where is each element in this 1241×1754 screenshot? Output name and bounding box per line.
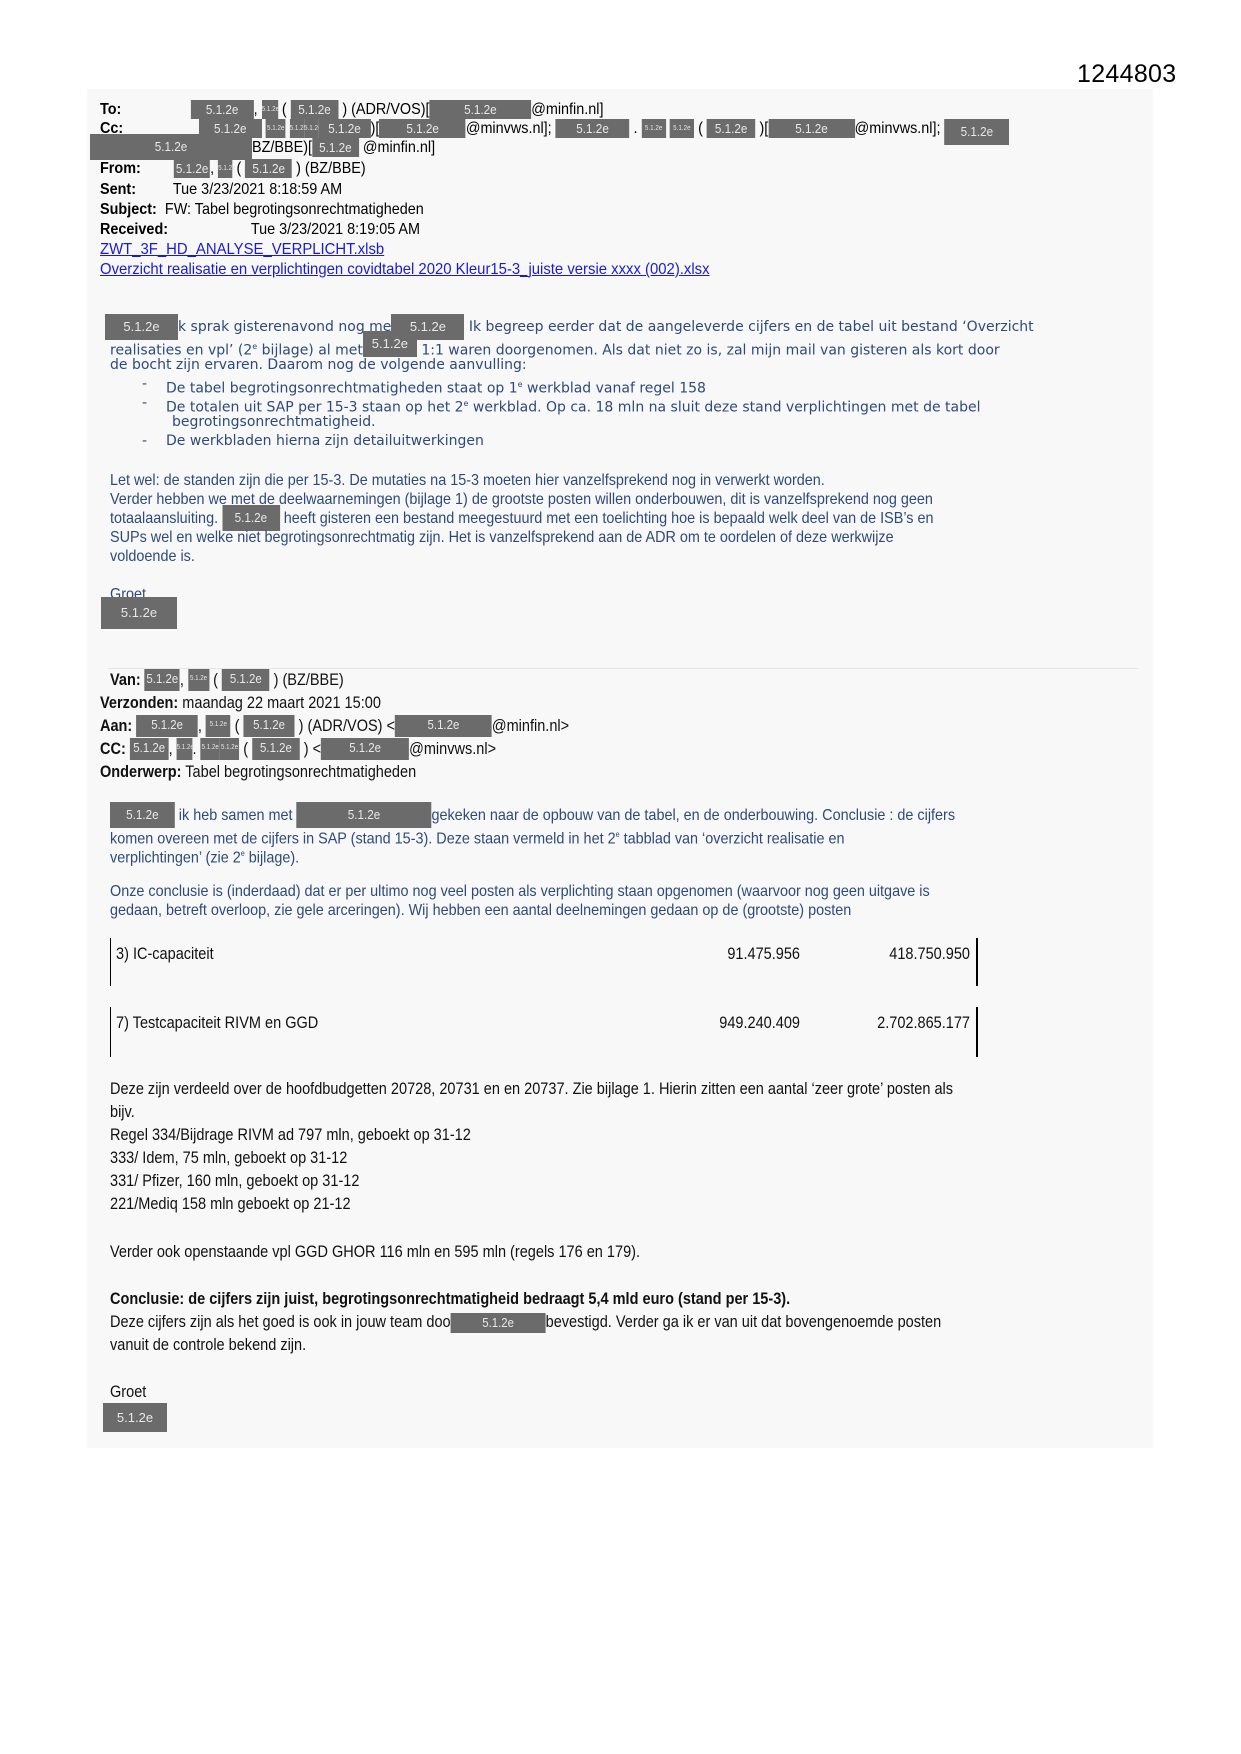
aan-domain: @minfin.nl> [492, 717, 569, 735]
orig-body-line: vanuit de controle bekend zijn. [110, 1334, 306, 1357]
redaction: 5.1.2e [206, 715, 231, 737]
redaction: 5.1.2e [103, 1403, 167, 1432]
to-line: To:5.1.2e, 5.1.2e ( 5.1.2e ) (ADR/VOS)[5… [100, 100, 603, 119]
orig-body-line: Deze cijfers zijn als het goed is ook in… [110, 1311, 941, 1334]
table-cell-value: 949.240.409 [659, 1012, 800, 1035]
to-domain: @minfin.nl] [531, 101, 603, 118]
subject-line: Subject:FW: Tabel begrotingsonrechtmatig… [100, 200, 424, 219]
cc-line-continued: 5.1.2eBZ/BBE)[5.1.2e @minfin.nl] [90, 138, 435, 160]
redaction: 5.1.2e [768, 119, 854, 138]
redaction: 5.1.2e [90, 134, 252, 160]
attachment-link-1[interactable]: ZWT_3F_HD_ANALYSE_VERPLICHT.xlsb [100, 240, 384, 260]
to-label: To: [100, 101, 121, 118]
redaction: 5.1.2e [641, 119, 665, 138]
text: Ik begreep eerder dat de aangeleverde ci… [469, 319, 1034, 335]
redaction: 5.1.2e [290, 119, 304, 138]
text: Deze cijfers zijn als het goed is ook in… [110, 1313, 451, 1331]
redaction: 5.1.2e [101, 597, 177, 629]
to-group: (ADR/VOS)[ [351, 101, 429, 118]
received-value: Tue 3/23/2021 8:19:05 AM [251, 221, 420, 238]
cc-domain-2: @minvws.nl]; [855, 120, 941, 137]
aan-group: ) (ADR/VOS) < [299, 717, 395, 735]
aan-label: Aan: [100, 717, 132, 735]
redaction: 5.1.2e [174, 159, 210, 178]
conclusion: Conclusie: de cijfers zijn juist, begrot… [110, 1288, 790, 1311]
redaction: 5.1.2e [556, 119, 630, 138]
verzonden-line: Verzonden: maandag 22 maart 2021 15:00 [100, 692, 381, 715]
redaction: 5.1.2e [218, 159, 232, 178]
received-line: Received:Tue 3/23/2021 8:19:05 AM [100, 220, 420, 239]
redaction: 5.1.2e [145, 669, 180, 691]
van-label: Van: [110, 671, 141, 689]
table-row-label: 7) Testcapaciteit RIVM en GGD [116, 1012, 318, 1035]
orig-body-line: Verder ook openstaande vpl GGD GHOR 116 … [110, 1241, 640, 1264]
verzonden-value: maandag 22 maart 2021 15:00 [182, 694, 381, 712]
redaction: 5.1.2e [136, 715, 198, 737]
from-label: From: [100, 160, 141, 177]
cc-original-label: CC: [100, 740, 126, 758]
text: k sprak gisterenavond nog me [178, 319, 391, 335]
redaction: 5.1.2e [244, 715, 295, 737]
fwd-body-line: voldoende is. [110, 547, 195, 566]
redaction: 5.1.2e [262, 100, 278, 119]
aan-line: Aan: 5.1.2e, 5.1.2e ( 5.1.2e ) (ADR/VOS)… [100, 715, 569, 738]
redaction: 5.1.2e [318, 119, 370, 138]
orig-body-line: 331/ Pfizer, 160 mln, geboekt op 31-12 [110, 1170, 359, 1193]
table-row-label: 3) IC-capaciteit [116, 943, 214, 966]
orig-body-line: bijv. [110, 1101, 135, 1124]
redaction: 5.1.2e [945, 119, 1010, 145]
fwd-body-line: Let wel: de standen zijn die per 15-3. D… [110, 471, 825, 490]
redaction: 5.1.2e [130, 738, 169, 760]
onderwerp-label: Onderwerp: [100, 763, 181, 781]
attachment-link-2[interactable]: Overzicht realisatie en verplichtingen c… [100, 260, 710, 280]
redaction: 5.1.2e [220, 738, 239, 760]
text: totaalaansluiting. [110, 510, 218, 527]
from-group: ) (BZ/BBE) [296, 160, 366, 177]
subject-label: Subject: [100, 201, 157, 218]
fwd-body-line: de bocht zijn ervaren. Daarom nog de vol… [110, 356, 527, 375]
sent-label: Sent: [100, 181, 136, 198]
cc-original-group: ) < [304, 740, 321, 758]
cc-original-line: CC: 5.1.2e, 5.1.2e. 5.1.2e5.1.2e ( 5.1.2… [100, 738, 496, 761]
orig-body-line: verplichtingen’ (zie 2e bijlage). [110, 844, 299, 867]
redaction: 5.1.2e [321, 738, 409, 760]
from-line: From:5.1.2e, 5.1.2e ( 5.1.2e ) (BZ/BBE) [100, 159, 366, 178]
table-cell-value: 91.475.956 [659, 943, 800, 966]
table-border-left [110, 938, 111, 986]
fwd-signature: 5.1.2e [101, 597, 177, 629]
redaction: 5.1.2e [304, 119, 318, 138]
text: ik heb samen met [179, 807, 293, 824]
redaction: 5.1.2e [430, 100, 532, 119]
text: bijlage). [245, 849, 299, 866]
orig-body-line: 333/ Idem, 75 mln, geboekt op 31-12 [110, 1147, 347, 1170]
cc-domain-3: @minfin.nl] [363, 139, 435, 156]
text: werkblad. Op ca. 18 mln na sluit deze st… [468, 400, 980, 416]
bullet-item: De werkbladen hierna zijn detailuitwerki… [166, 432, 484, 451]
redaction: 5.1.2e [191, 100, 254, 119]
orig-body-line: Onze conclusie is (inderdaad) dat er per… [110, 882, 930, 901]
cc-original-domain: @minvws.nl> [409, 740, 496, 758]
received-label: Received: [100, 221, 168, 238]
onderwerp-value: Tabel begrotingsonrechtmatigheden [185, 763, 416, 781]
table-cell-value: 418.750.950 [829, 943, 970, 966]
table-border-left [110, 1007, 111, 1057]
orig-body-line: 221/Mediq 158 mln geboekt op 21-12 [110, 1193, 351, 1216]
verzonden-label: Verzonden: [100, 694, 178, 712]
redaction: 5.1.2e [252, 738, 300, 760]
bullet-item-continued: begrotingsonrechtmatigheid. [172, 413, 376, 432]
cc-group: BZ/BBE)[ [252, 139, 312, 156]
sent-line: Sent:Tue 3/23/2021 8:18:59 AM [100, 180, 342, 199]
redaction: 5.1.2e [312, 138, 359, 157]
van-group: ) (BZ/BBE) [274, 671, 344, 689]
orig-body-line: Regel 334/Bijdrage RIVM ad 797 mln, gebo… [110, 1124, 471, 1147]
bullet-marker: - [142, 375, 147, 394]
onderwerp-line: Onderwerp: Tabel begrotingsonrechtmatigh… [100, 761, 416, 784]
text: bevestigd. Verder ga ik er van uit dat b… [546, 1313, 942, 1331]
table-cell-value: 2.702.865.177 [829, 1012, 970, 1035]
redaction: 5.1.2e [177, 738, 193, 760]
bullet-marker: - [142, 394, 147, 413]
van-line: Van: 5.1.2e, 5.1.2e ( 5.1.2e ) (BZ/BBE) [110, 669, 344, 692]
subject-value: FW: Tabel begrotingsonrechtmatigheden [165, 201, 424, 218]
orig-signature: 5.1.2e [103, 1403, 167, 1432]
redaction: 5.1.2e [201, 738, 220, 760]
redaction: 5.1.2e [670, 119, 694, 138]
text: verplichtingen’ (zie 2 [110, 849, 241, 866]
table-border-right [976, 938, 978, 986]
fwd-body-line: SUPs wel en welke niet begrotingsonrecht… [110, 528, 894, 547]
redaction: 5.1.2e [291, 100, 339, 119]
orig-body-line: Deze zijn verdeeld over de hoofdbudgette… [110, 1078, 953, 1101]
redaction: 5.1.2e [188, 669, 209, 691]
redaction: 5.1.2e [707, 119, 756, 138]
cc-domain-1: @minvws.nl]; [466, 120, 552, 137]
redaction: 5.1.2e [245, 159, 292, 178]
table-border-right [976, 1007, 978, 1057]
bullet-marker: - [142, 432, 147, 451]
redaction: 5.1.2e [379, 119, 465, 138]
text: tabblad van ‘overzicht realisatie en [620, 830, 845, 847]
text: gekeken naar de opbouw van de tabel, en … [431, 807, 955, 824]
redaction: 5.1.2e [451, 1313, 546, 1333]
redaction: 5.1.2e [222, 669, 270, 691]
redaction: 5.1.2e [363, 331, 417, 357]
document-id: 1244803 [1077, 60, 1176, 89]
orig-body-line: gedaan, betreft overloop, zie gele arcer… [110, 901, 851, 920]
redaction: 5.1.2e [395, 715, 492, 737]
orig-greeting: Groet [110, 1381, 146, 1404]
text: heeft gisteren een bestand meegestuurd m… [284, 510, 934, 527]
redaction: 5.1.2e [266, 119, 286, 138]
sent-value: Tue 3/23/2021 8:18:59 AM [173, 181, 342, 198]
